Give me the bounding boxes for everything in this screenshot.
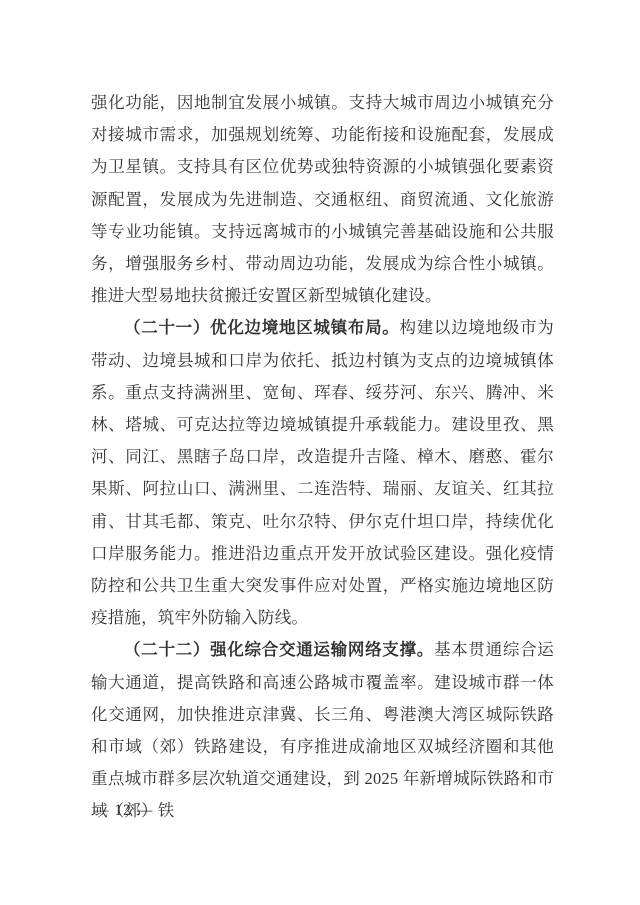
paragraph-section-21: （二十一）优化边境地区城镇布局。构建以边境地级市为带动、边境县城和口岸为依托、抵…: [91, 312, 554, 634]
document-text-block: 强化功能，因地制宜发展小城镇。支持大城市周边小城镇充分对接城市需求，加强规划统筹…: [91, 87, 554, 828]
paragraph-continuation: 强化功能，因地制宜发展小城镇。支持大城市周边小城镇充分对接城市需求，加强规划统筹…: [91, 87, 554, 312]
section-heading-22: （二十二）强化综合交通运输网络支撑。: [124, 640, 434, 659]
section-heading-21: （二十一）优化边境地区城镇布局。: [124, 318, 400, 337]
paragraph-body-text: 基本贯通综合运输大通道，提高铁路和高速公路城市覆盖率。建设城市群一体化交通网，加…: [91, 640, 554, 820]
paragraph-body-text: 强化功能，因地制宜发展小城镇。支持大城市周边小城镇充分对接城市需求，加强规划统筹…: [91, 93, 554, 305]
paragraph-section-22: （二十二）强化综合交通运输网络支撑。基本贯通综合运输大通道，提高铁路和高速公路城…: [91, 634, 554, 827]
paragraph-body-text: 构建以边境地级市为带动、边境县城和口岸为依托、抵边村镇为支点的边境城镇体系。重点…: [91, 318, 554, 627]
page-number: — 12 —: [93, 802, 153, 820]
